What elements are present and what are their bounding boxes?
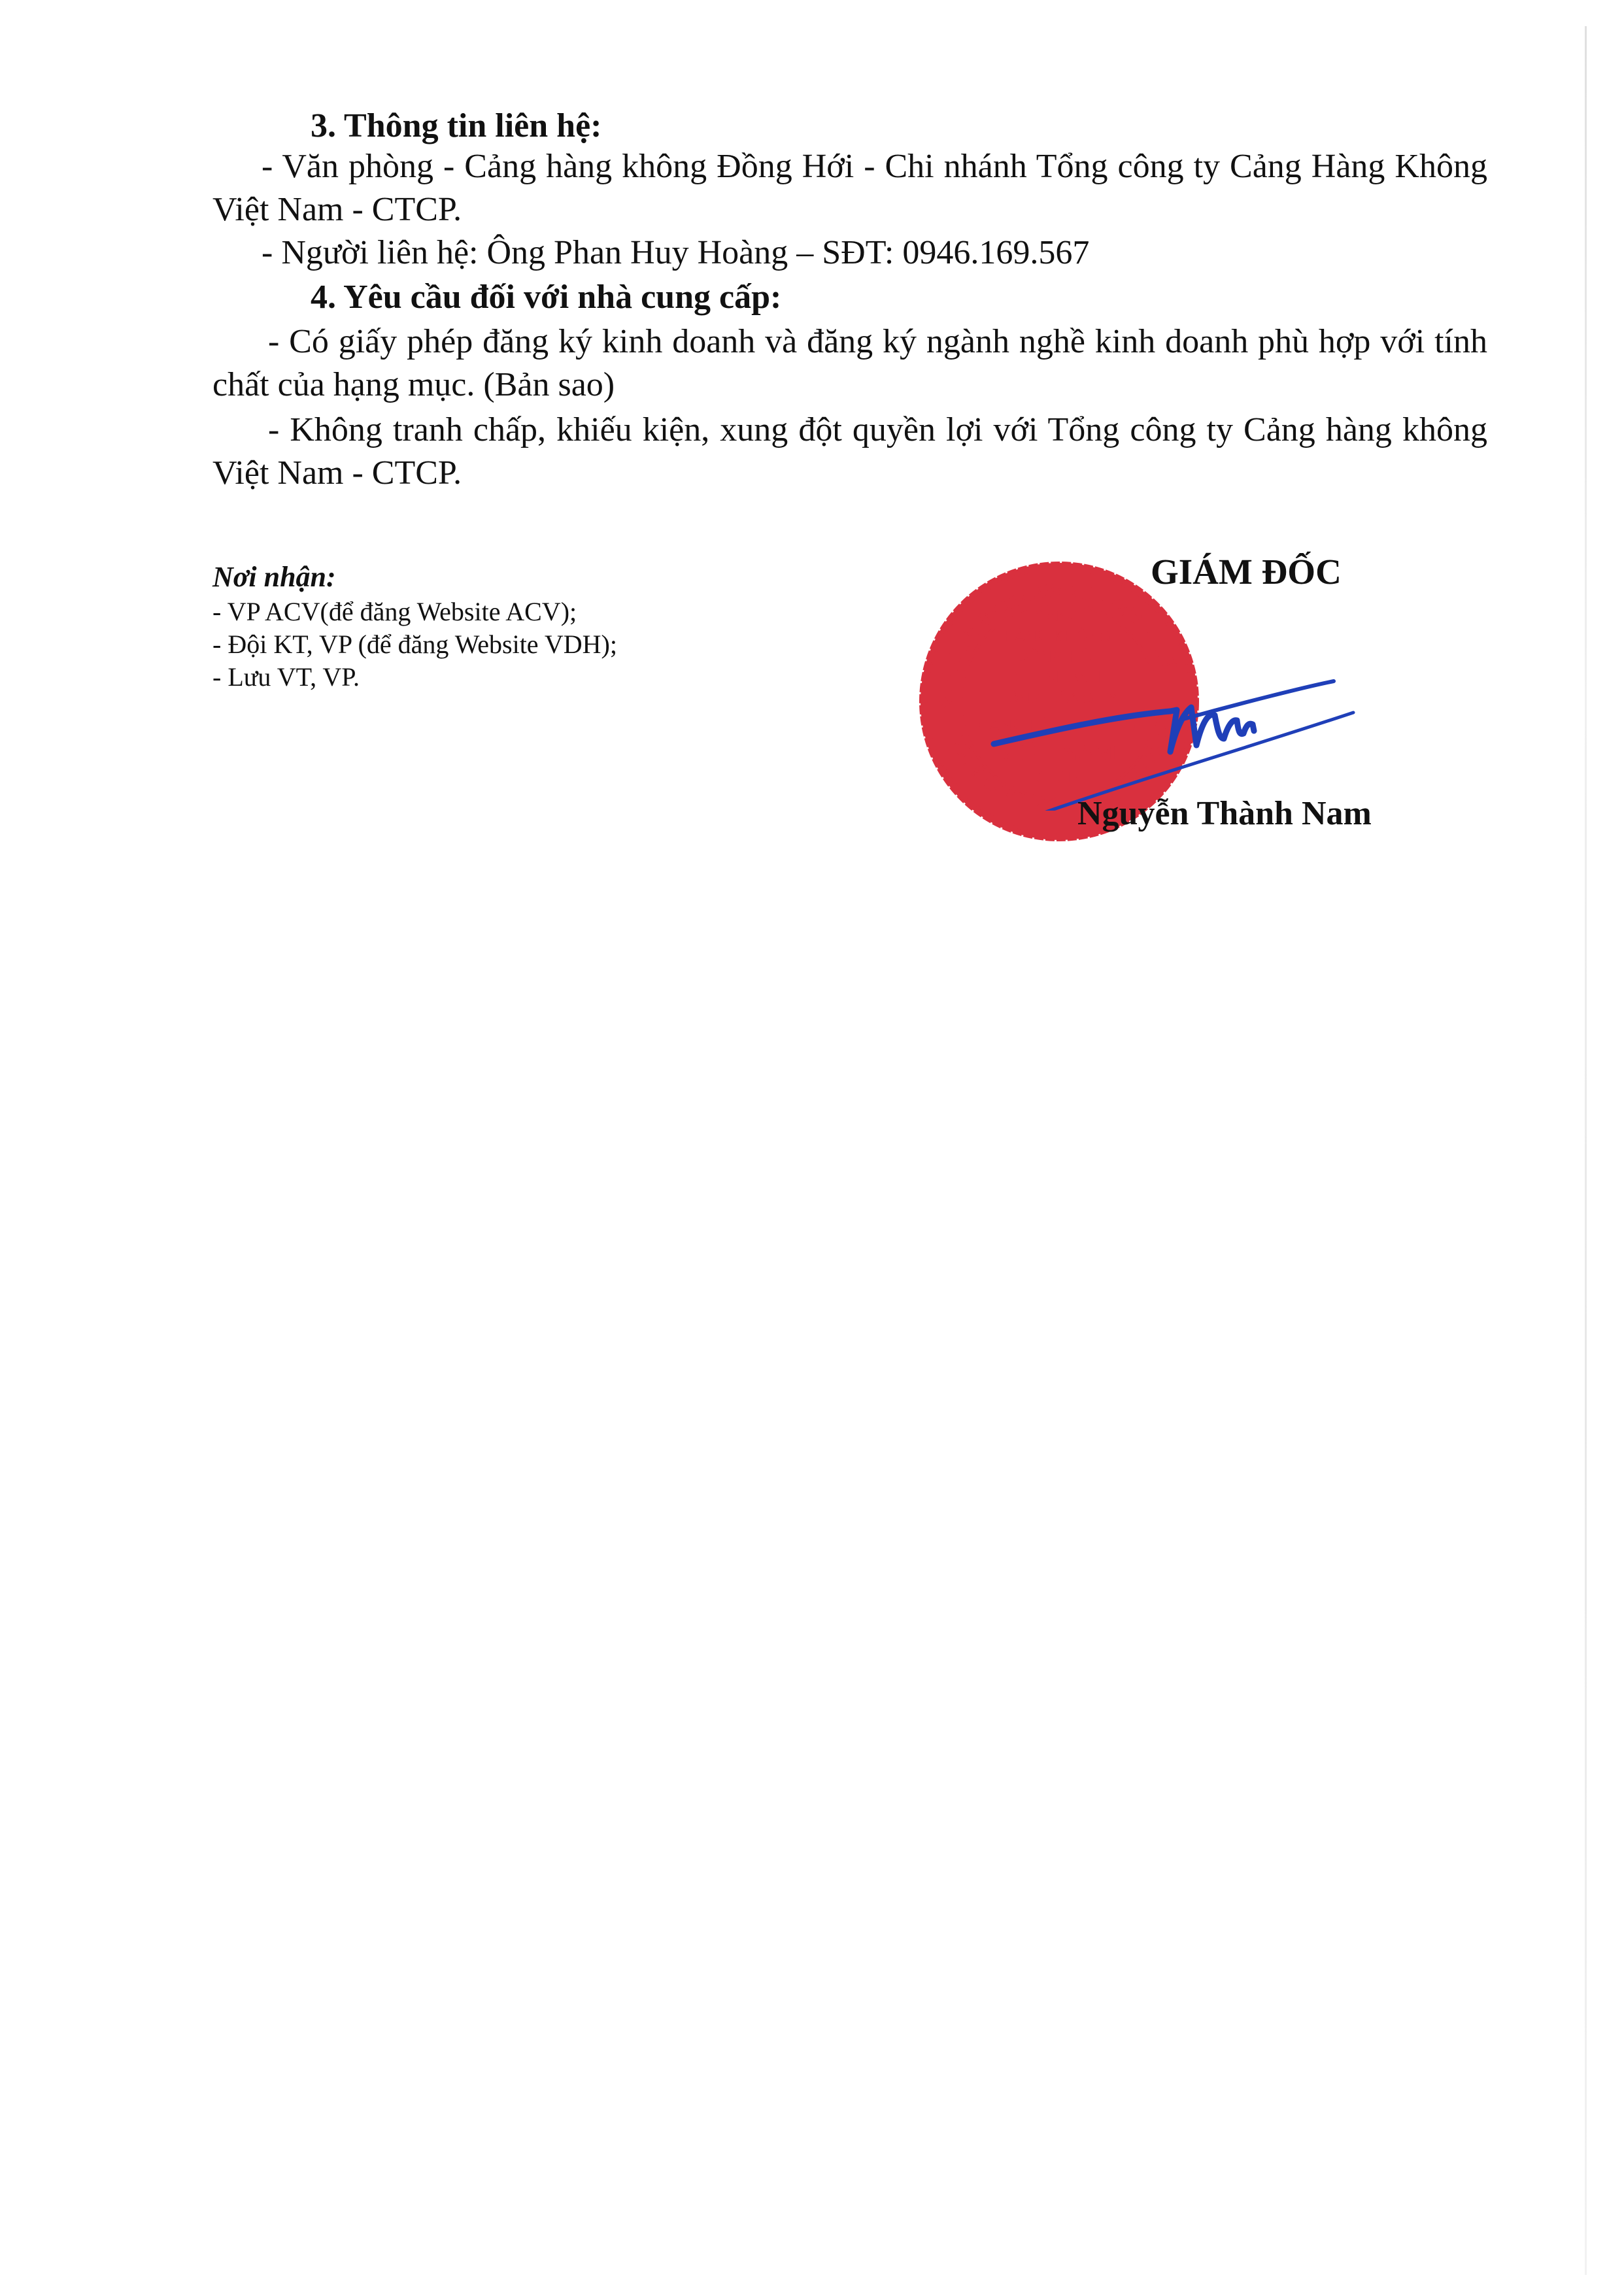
recipients-title: Nơi nhận: <box>212 559 617 596</box>
contact-line: - Người liên hệ: Ông Phan Huy Hoàng – SĐ… <box>212 231 1487 275</box>
signer-name: Nguyễn Thành Nam <box>1077 794 1372 833</box>
handwritten-signature <box>981 647 1386 811</box>
stamp-star-left: ★ <box>938 694 953 713</box>
recipient-item: - VP ACV(để đăng Website ACV); <box>212 596 617 628</box>
requirement-item: - Có giấy phép đăng ký kinh doanh và đăn… <box>212 320 1487 407</box>
recipient-item: - Lưu VT, VP. <box>212 661 617 694</box>
requirement-item: - Không tranh chấp, khiếu kiện, xung đột… <box>212 409 1487 495</box>
recipient-item: - Đội KT, VP (để đăng Website VDH); <box>212 628 617 661</box>
scan-edge-line <box>1585 26 1587 2275</box>
office-line: - Văn phòng - Cảng hàng không Đồng Hới -… <box>212 145 1487 231</box>
svg-text:CẢNG: CẢNG <box>1034 606 1079 625</box>
recipients-block: Nơi nhận: - VP ACV(để đăng Website ACV);… <box>212 559 617 694</box>
svg-text:HÀNG KHÔNG: HÀNG KHÔNG <box>1004 627 1111 645</box>
section-3-heading: 3. Thông tin liên hệ: <box>311 105 601 148</box>
signer-position-title: GIÁM ĐỐC <box>1151 551 1342 592</box>
section-4-heading: 4. Yêu cầu đối với nhà cung cấp: <box>311 276 781 319</box>
